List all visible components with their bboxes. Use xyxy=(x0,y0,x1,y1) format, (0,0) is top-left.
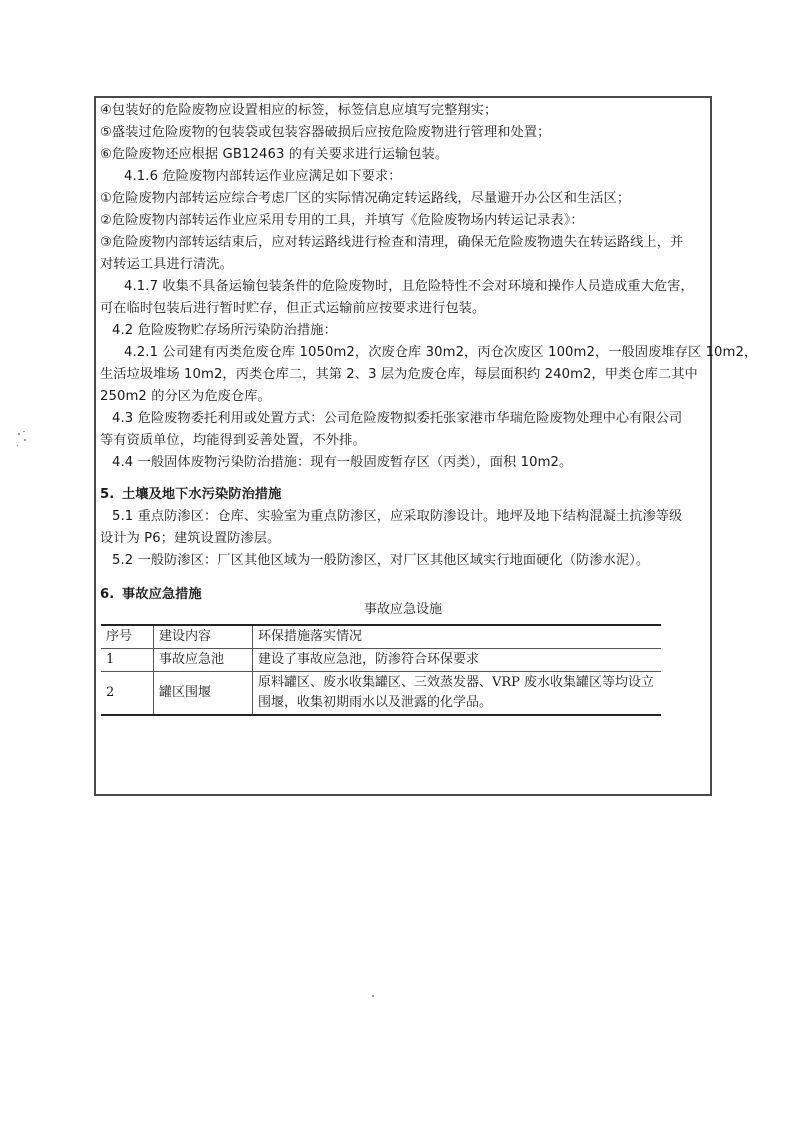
section-number: 5. xyxy=(100,484,122,506)
section-title: 土壤及地下水污染防治措施 xyxy=(122,487,281,502)
subsection-5-2: 5.2 一般防渗区：厂区其他区域为一般防渗区，对厂区其他区域实行地面硬化（防渗水… xyxy=(100,550,706,572)
scan-speck xyxy=(18,433,20,435)
cell-implementation: 建设了事故应急池，防渗符合环保要求 xyxy=(253,649,662,672)
cell-implementation: 原料罐区、废水收集罐区、三效蒸发器、VRP 废水收集罐区等均设立围堰，收集初期雨… xyxy=(253,672,662,716)
subsection-heading-4-1-6: 4.1.6 危险废物内部转运作业应满足如下要求： xyxy=(100,166,706,188)
paragraph-line: 生活垃圾堆场 10m2，丙类仓库二，其第 2、3 层为危废仓库，每层面积约 24… xyxy=(100,364,706,386)
header-content: 建设内容 xyxy=(154,625,253,649)
cell-seq: 2 xyxy=(101,672,154,716)
document-frame: ④包装好的危险废物应设置相应的标签，标签信息应填写完整翔实； ⑤盛装过危险废物的… xyxy=(94,96,712,796)
table-header-row: 序号 建设内容 环保措施落实情况 xyxy=(101,625,661,649)
subsection-5-1: 5.1 重点防渗区：仓库、实验室为重点防渗区，应采取防渗设计。地坪及地下结构混凝… xyxy=(100,506,706,528)
cell-seq: 1 xyxy=(101,649,154,672)
scan-speck xyxy=(23,431,25,432)
paragraph-line: ①危险废物内部转运应综合考虑厂区的实际情况确定转运路线，尽量避开办公区和生活区； xyxy=(100,188,706,210)
scan-speck xyxy=(24,439,26,441)
paragraph-line: ⑥危险废物还应根据 GB12463 的有关要求进行运输包装。 xyxy=(100,144,706,166)
header-implementation: 环保措施落实情况 xyxy=(253,625,662,649)
table-row: 2 罐区围堰 原料罐区、废水收集罐区、三效蒸发器、VRP 废水收集罐区等均设立围… xyxy=(101,672,661,716)
document-body: ④包装好的危险废物应设置相应的标签，标签信息应填写完整翔实； ⑤盛装过危险废物的… xyxy=(100,100,706,606)
cell-content: 事故应急池 xyxy=(154,649,253,672)
subsection-4-3: 4.3 危险废物委托利用或处置方式：公司危险废物拟委托张家港市华瑞危险废物处理中… xyxy=(100,408,706,430)
paragraph-line: 可在临时包装后进行暂时贮存，但正式运输前应按要求进行包装。 xyxy=(100,298,706,320)
subsection-4-4: 4.4 一般固体废物污染防治措施：现有一般固废暂存区（丙类），面积 10m2。 xyxy=(100,452,706,474)
paragraph-line: 设计为 P6；建筑设置防渗层。 xyxy=(100,528,706,550)
paragraph-line: 对转运工具进行清洗。 xyxy=(100,254,706,276)
paragraph-line: ⑤盛装过危险废物的包装袋或包装容器破损后应按危险废物进行管理和处置； xyxy=(100,122,706,144)
table-row: 1 事故应急池 建设了事故应急池，防渗符合环保要求 xyxy=(101,649,661,672)
subsection-heading-4-2: 4.2 危险废物贮存场所污染防治措施： xyxy=(100,320,706,342)
section-heading-5: 5.土壤及地下水污染防治措施 xyxy=(100,484,706,506)
paragraph-line: ④包装好的危险废物应设置相应的标签，标签信息应填写完整翔实； xyxy=(100,100,706,122)
paragraph-line: ②危险废物内部转运作业应采用专用的工具，并填写《危险废物场内转运记录表》： xyxy=(100,210,706,232)
cell-content: 罐区围堰 xyxy=(154,672,253,716)
paragraph-line: 250m2 的分区为危废仓库。 xyxy=(100,386,706,408)
table-title: 事故应急设施 xyxy=(96,600,710,620)
header-seq: 序号 xyxy=(101,625,154,649)
subsection-4-1-7: 4.1.7 收集不具备运输包装条件的危险废物时，且危险特性不会对环境和操作人员造… xyxy=(100,276,706,298)
subsection-4-2-1: 4.2.1 公司建有丙类危废仓库 1050m2，次废仓库 30m2，丙仓次废区 … xyxy=(100,342,706,364)
paragraph-line: 等有资质单位，均能得到妥善处置，不外排。 xyxy=(100,430,706,452)
scan-speck xyxy=(372,995,374,997)
scan-speck xyxy=(17,445,18,446)
paragraph-line: ③危险废物内部转运结束后，应对转运路线进行检查和清理，确保无危险废物遗失在转运路… xyxy=(100,232,706,254)
emergency-facilities-table: 序号 建设内容 环保措施落实情况 1 事故应急池 建设了事故应急池，防渗符合环保… xyxy=(101,624,661,716)
